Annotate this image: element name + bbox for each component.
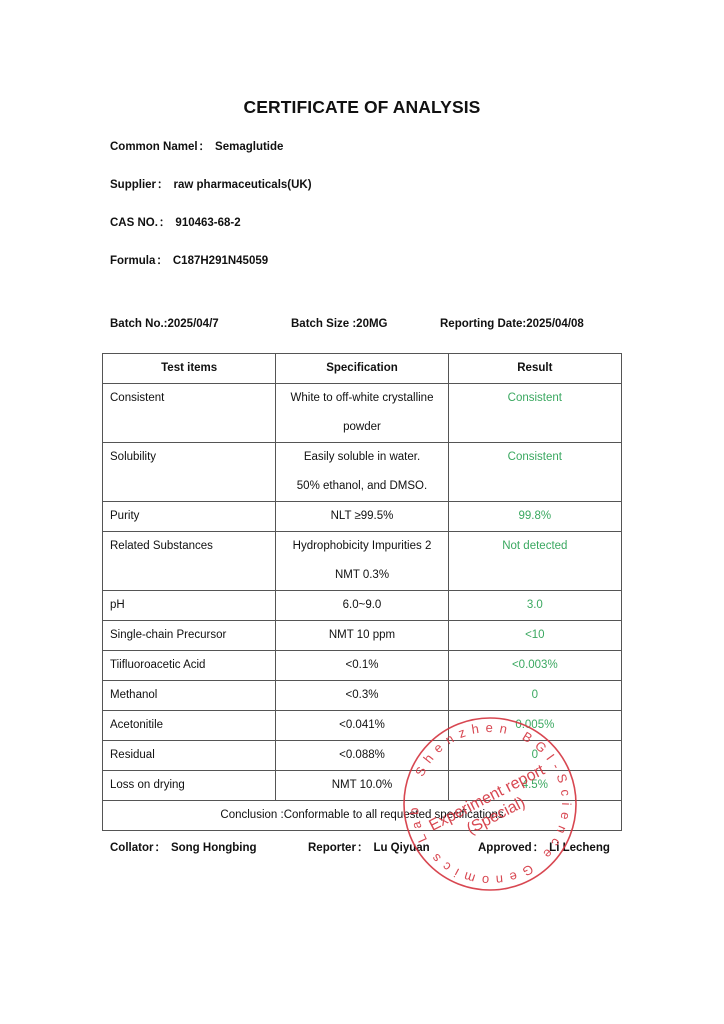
result-cell: Consistent bbox=[448, 443, 621, 502]
batch-number: Batch No.:2025/04/7 bbox=[110, 318, 219, 330]
test-item-cell: Methanol bbox=[103, 681, 276, 711]
result-cell: 0.005% bbox=[448, 711, 621, 741]
table-row: Methanol<0.3%0 bbox=[103, 681, 622, 711]
specification-line: NMT 10.0% bbox=[276, 771, 447, 800]
field-separator: ： bbox=[157, 179, 169, 191]
header-specification: Specification bbox=[276, 354, 448, 384]
specification-line: <0.1% bbox=[276, 651, 447, 680]
formula-field: Formula：C187H291N45059 bbox=[110, 252, 268, 268]
specification-cell: 6.0~9.0 bbox=[276, 591, 448, 621]
specification-line: NMT 10 ppm bbox=[276, 621, 447, 650]
specification-cell: <0.088% bbox=[276, 741, 448, 771]
field-separator: ： bbox=[199, 141, 211, 153]
reporter-separator: ： bbox=[357, 842, 369, 854]
result-cell: 0 bbox=[448, 681, 621, 711]
table-row: Residual<0.088%0 bbox=[103, 741, 622, 771]
reporter: Reporter：Lu Qiyuan bbox=[308, 839, 430, 855]
result-cell: 0 bbox=[448, 741, 621, 771]
specification-line: powder bbox=[276, 413, 447, 442]
test-item-cell: Consistent bbox=[103, 384, 276, 443]
specification-cell: Hydrophobicity Impurities 2NMT 0.3% bbox=[276, 532, 448, 591]
field-label: Formula bbox=[110, 255, 155, 267]
test-item-cell: Loss on drying bbox=[103, 771, 276, 801]
field-label: Supplier bbox=[110, 179, 156, 191]
cas-number-field: CAS NO.：910463-68-2 bbox=[110, 214, 241, 230]
table-row: Acetonitile<0.041%0.005% bbox=[103, 711, 622, 741]
table-row: Loss on dryingNMT 10.0%4.5% bbox=[103, 771, 622, 801]
specification-cell: <0.1% bbox=[276, 651, 448, 681]
collator-label: Collator bbox=[110, 842, 153, 854]
specification-line: Easily soluble in water. bbox=[276, 443, 447, 472]
field-label: Common Namel bbox=[110, 141, 198, 153]
approved-name: Li Lecheng bbox=[549, 842, 610, 854]
test-item-cell: pH bbox=[103, 591, 276, 621]
document-title: CERTIFICATE OF ANALYSIS bbox=[0, 97, 724, 118]
field-separator: ： bbox=[156, 255, 168, 267]
field-value: raw pharmaceuticals(UK) bbox=[174, 179, 312, 191]
table-row: Tiifluoroacetic Acid<0.1%<0.003% bbox=[103, 651, 622, 681]
reporting-date: Reporting Date:2025/04/08 bbox=[440, 318, 584, 330]
specification-line: <0.3% bbox=[276, 681, 447, 710]
common-name-field: Common Namel：Semaglutide bbox=[110, 138, 283, 154]
result-cell: 3.0 bbox=[448, 591, 621, 621]
specification-line: <0.088% bbox=[276, 741, 447, 770]
field-value: C187H291N45059 bbox=[173, 255, 268, 267]
supplier-field: Supplier：raw pharmaceuticals(UK) bbox=[110, 176, 312, 192]
table-row: Single-chain PrecursorNMT 10 ppm<10 bbox=[103, 621, 622, 651]
table-row: PurityNLT ≥99.5%99.8% bbox=[103, 502, 622, 532]
field-separator: ： bbox=[159, 217, 171, 229]
specification-line: NMT 0.3% bbox=[276, 561, 447, 590]
test-item-cell: Solubility bbox=[103, 443, 276, 502]
table-row: pH6.0~9.03.0 bbox=[103, 591, 622, 621]
specification-line: 6.0~9.0 bbox=[276, 591, 447, 620]
approved-label: Approved bbox=[478, 842, 532, 854]
specification-cell: NLT ≥99.5% bbox=[276, 502, 448, 532]
specification-cell: White to off-white crystallinepowder bbox=[276, 384, 448, 443]
test-item-cell: Single-chain Precursor bbox=[103, 621, 276, 651]
field-value: Semaglutide bbox=[215, 141, 283, 153]
specification-line: <0.041% bbox=[276, 711, 447, 740]
result-cell: Consistent bbox=[448, 384, 621, 443]
specification-line: Hydrophobicity Impurities 2 bbox=[276, 532, 447, 561]
test-item-cell: Related Substances bbox=[103, 532, 276, 591]
test-item-cell: Residual bbox=[103, 741, 276, 771]
conclusion-text: Conclusion :Conformable to all requested… bbox=[103, 801, 622, 831]
specification-cell: NMT 10 ppm bbox=[276, 621, 448, 651]
specification-line: NLT ≥99.5% bbox=[276, 502, 447, 531]
reporter-label: Reporter bbox=[308, 842, 356, 854]
table-row: Related SubstancesHydrophobicity Impurit… bbox=[103, 532, 622, 591]
table-header-row: Test items Specification Result bbox=[103, 354, 622, 384]
table-row: ConsistentWhite to off-white crystalline… bbox=[103, 384, 622, 443]
collator-name: Song Hongbing bbox=[171, 842, 257, 854]
test-item-cell: Tiifluoroacetic Acid bbox=[103, 651, 276, 681]
specification-cell: NMT 10.0% bbox=[276, 771, 448, 801]
conclusion-row: Conclusion :Conformable to all requested… bbox=[103, 801, 622, 831]
test-item-cell: Acetonitile bbox=[103, 711, 276, 741]
specification-line: 50% ethanol, and DMSO. bbox=[276, 472, 447, 501]
test-item-cell: Purity bbox=[103, 502, 276, 532]
field-label: CAS NO. bbox=[110, 217, 158, 229]
table-row: SolubilityEasily soluble in water.50% et… bbox=[103, 443, 622, 502]
specification-cell: <0.041% bbox=[276, 711, 448, 741]
result-cell: 4.5% bbox=[448, 771, 621, 801]
approved-separator: ： bbox=[533, 842, 545, 854]
result-cell: 99.8% bbox=[448, 502, 621, 532]
result-cell: <10 bbox=[448, 621, 621, 651]
analysis-table: Test items Specification Result Consiste… bbox=[102, 353, 622, 831]
specification-cell: <0.3% bbox=[276, 681, 448, 711]
reporter-name: Lu Qiyuan bbox=[373, 842, 429, 854]
specification-line: White to off-white crystalline bbox=[276, 384, 447, 413]
result-cell: Not detected bbox=[448, 532, 621, 591]
header-result: Result bbox=[448, 354, 621, 384]
specification-cell: Easily soluble in water.50% ethanol, and… bbox=[276, 443, 448, 502]
approver: Approved：Li Lecheng bbox=[478, 839, 610, 855]
collator-separator: ： bbox=[154, 842, 166, 854]
header-test-items: Test items bbox=[103, 354, 276, 384]
batch-size: Batch Size :20MG bbox=[291, 318, 388, 330]
collator: Collator：Song Hongbing bbox=[110, 839, 257, 855]
result-cell: <0.003% bbox=[448, 651, 621, 681]
field-value: 910463-68-2 bbox=[175, 217, 240, 229]
